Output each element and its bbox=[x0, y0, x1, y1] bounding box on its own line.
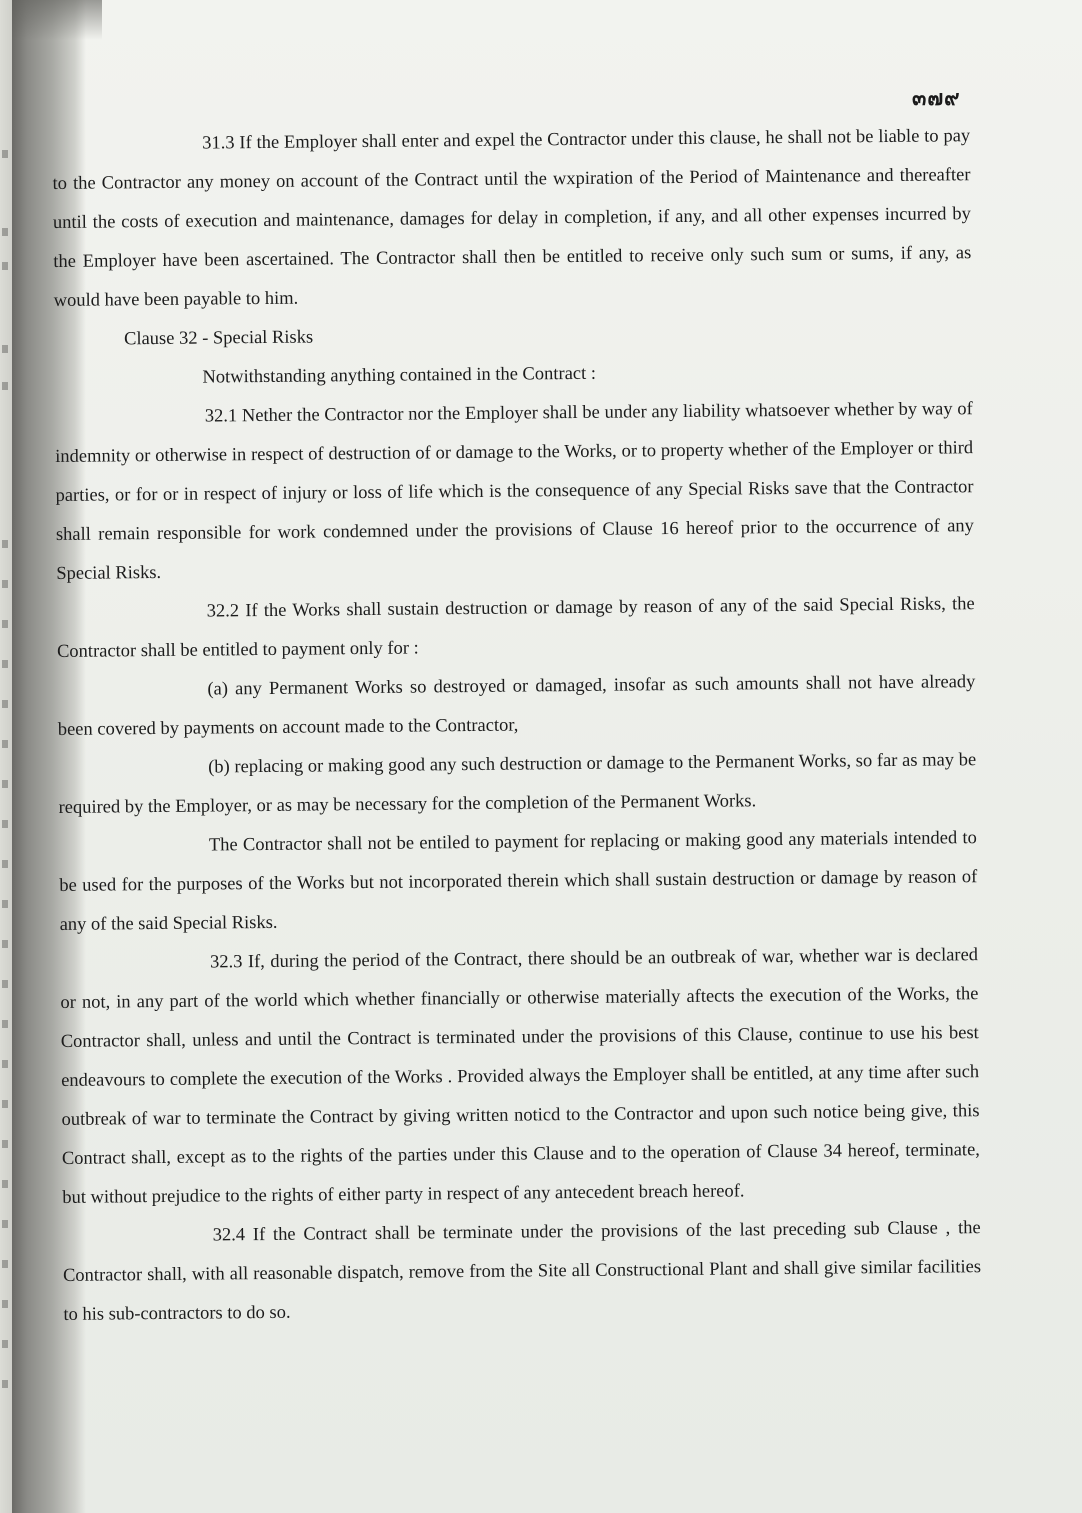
paragraph-32-3: 32.3 If, during the period of the Contra… bbox=[60, 936, 981, 1218]
edge-mark bbox=[2, 1180, 8, 1188]
edge-mark bbox=[2, 1340, 8, 1348]
edge-mark bbox=[2, 900, 8, 908]
edge-mark bbox=[2, 1060, 8, 1068]
paragraph-32-2-note: The Contractor shall not be entiled to p… bbox=[59, 819, 978, 945]
edge-mark bbox=[2, 382, 8, 390]
body-text: 31.3 If the Employer shall enter and exp… bbox=[52, 117, 982, 1335]
edge-mark bbox=[2, 1140, 8, 1148]
edge-mark bbox=[2, 1220, 8, 1228]
edge-mark bbox=[2, 740, 8, 748]
edge-mark bbox=[2, 780, 8, 788]
paragraph-32-4: 32.4 If the Contract shall be terminate … bbox=[62, 1209, 981, 1335]
edge-mark bbox=[2, 580, 8, 588]
edge-mark bbox=[2, 620, 8, 628]
paragraph-32-2-b: (b) replacing or making good any such de… bbox=[58, 741, 977, 828]
edge-mark bbox=[2, 540, 8, 548]
edge-mark bbox=[2, 940, 8, 948]
edge-mark bbox=[2, 150, 8, 158]
binding-top-shadow bbox=[12, 0, 102, 40]
edge-mark bbox=[2, 1380, 8, 1388]
edge-mark bbox=[2, 345, 8, 353]
edge-mark bbox=[2, 1300, 8, 1308]
paragraph-31-3: 31.3 If the Employer shall enter and exp… bbox=[52, 117, 972, 321]
edge-mark bbox=[2, 228, 8, 236]
edge-mark bbox=[2, 1100, 8, 1108]
edge-mark bbox=[2, 860, 8, 868]
edge-mark bbox=[2, 1020, 8, 1028]
edge-mark bbox=[2, 820, 8, 828]
edge-mark bbox=[2, 660, 8, 668]
previous-page-edge bbox=[0, 0, 12, 1513]
edge-mark bbox=[2, 262, 8, 270]
page-number: ๓๗๙ bbox=[912, 82, 961, 115]
paragraph-32-2-a: (a) any Permanent Works so destroyed or … bbox=[57, 663, 976, 750]
edge-mark bbox=[2, 980, 8, 988]
paragraph-32-1: 32.1 Nether the Contractor nor the Emplo… bbox=[55, 390, 975, 594]
edge-mark bbox=[2, 700, 8, 708]
document-page: ๓๗๙ 31.3 If the Employer shall enter and… bbox=[0, 0, 1082, 1513]
edge-mark bbox=[2, 1260, 8, 1268]
paragraph-32-2: 32.2 If the Works shall sustain destruct… bbox=[56, 585, 975, 672]
